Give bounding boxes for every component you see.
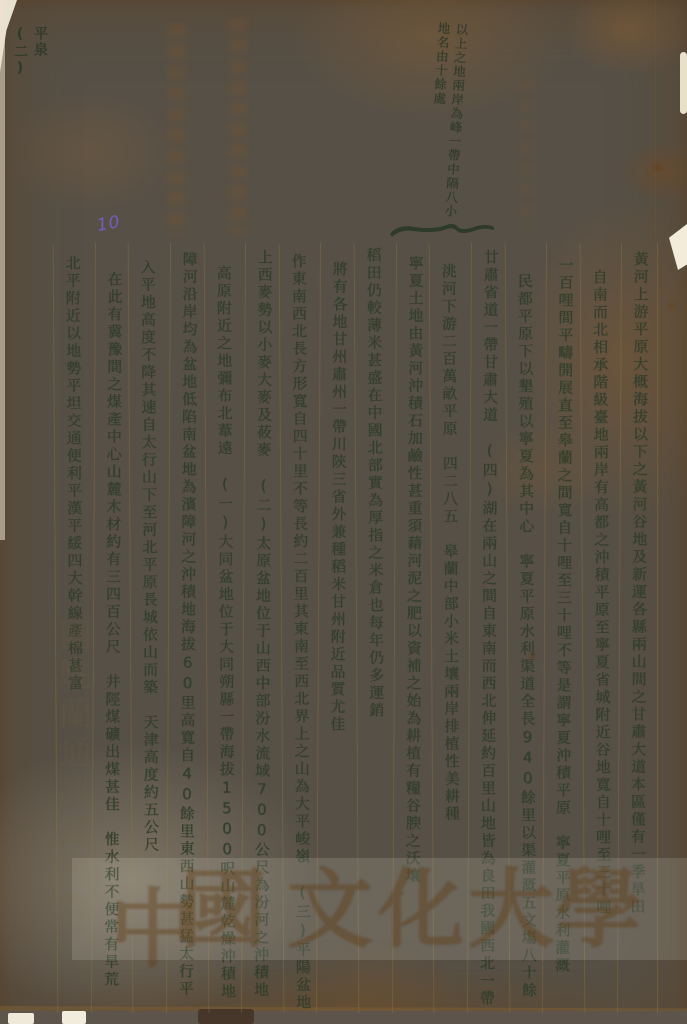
scanned-manuscript-page: 平泉(二) 10 以上之地兩岸為峰一帶中隔八小地名由十餘處 黃河上游平原大概海拔… (0, 0, 687, 1024)
watermark-char: 化 (378, 862, 464, 958)
watermark-char: 國 (180, 862, 266, 958)
watermark-char: 文 (287, 862, 373, 958)
archive-label: 平泉(二) (10, 26, 50, 90)
page-number: 10 (95, 212, 122, 236)
watermark-char: 大 (468, 862, 554, 958)
watermark-char: 學 (556, 862, 642, 958)
section-separator-stroke (388, 218, 496, 240)
